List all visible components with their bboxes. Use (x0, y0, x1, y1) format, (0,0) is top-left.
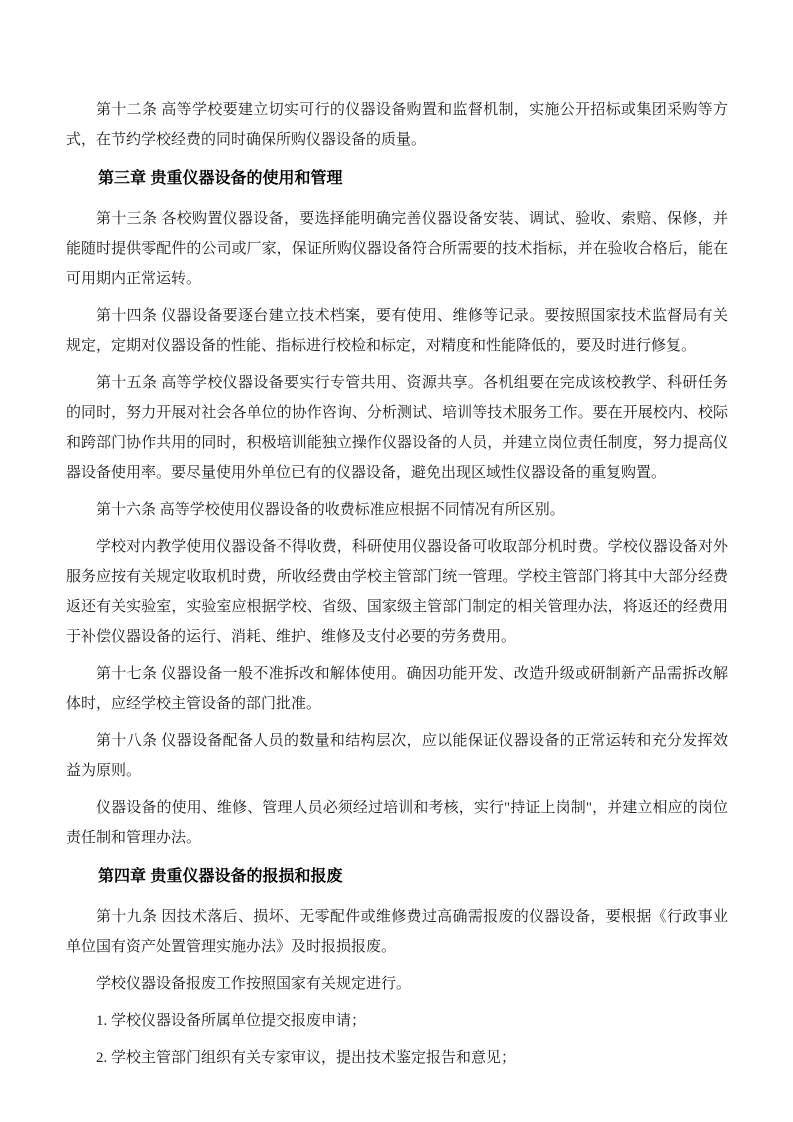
list-item: 2. 学校主管部门组织有关专家审议，提出技术鉴定报告和意见； (66, 1043, 728, 1073)
paragraph: 第十四条 仪器设备要逐台建立技术档案，要有使用、维修等记录。要按照国家技术监督局… (66, 301, 728, 361)
chapter-heading: 第三章 贵重仪器设备的使用和管理 (66, 164, 728, 194)
paragraph: 学校对内教学使用仪器设备不得收费，科研使用仪器设备可收取部分机时费。学校仪器设备… (66, 532, 728, 652)
paragraph: 第十二条 高等学校要建立切实可行的仪器设备购置和监督机制，实施公开招标或集团采购… (66, 95, 728, 155)
chapter-heading: 第四章 贵重仪器设备的报损和报废 (66, 862, 728, 892)
document-body: 第十二条 高等学校要建立切实可行的仪器设备购置和监督机制，实施公开招标或集团采购… (66, 95, 728, 1073)
paragraph: 第十五条 高等学校仪器设备要实行专管共用、资源共享。各机组要在完成该校教学、科研… (66, 368, 728, 488)
document-page: 第十二条 高等学校要建立切实可行的仪器设备购置和监督机制，实施公开招标或集团采购… (0, 0, 793, 1122)
paragraph: 第十九条 因技术落后、损坏、无零配件或维修费过高确需报废的仪器设备，要根据《行政… (66, 902, 728, 962)
paragraph: 学校仪器设备报废工作按照国家有关规定进行。 (66, 969, 728, 999)
paragraph: 第十六条 高等学校使用仪器设备的收费标准应根据不同情况有所区别。 (66, 495, 728, 525)
paragraph: 第十七条 仪器设备一般不准拆改和解体使用。确因功能开发、改造升级或研制新产品需拆… (66, 659, 728, 719)
paragraph: 第十三条 各校购置仪器设备，要选择能明确完善仪器设备安装、调试、验收、索赔、保修… (66, 204, 728, 294)
paragraph: 仪器设备的使用、维修、管理人员必须经过培训和考核，实行"持证上岗制"，并建立相应… (66, 793, 728, 853)
paragraph: 第十八条 仪器设备配备人员的数量和结构层次，应以能保证仪器设备的正常运转和充分发… (66, 726, 728, 786)
list-item: 1. 学校仪器设备所属单位提交报废申请； (66, 1006, 728, 1036)
